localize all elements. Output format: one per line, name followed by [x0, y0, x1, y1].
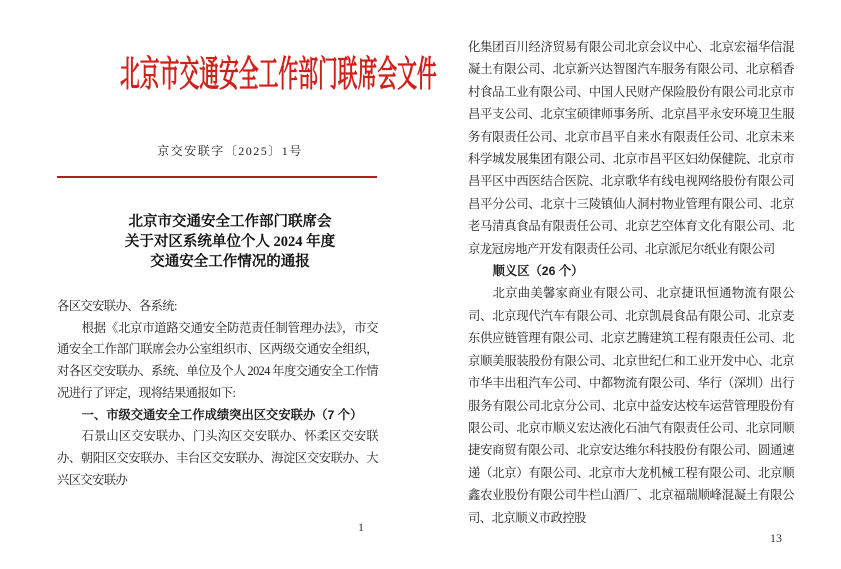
notice-title-line-1: 北京市交通安全工作部门联席会: [30, 212, 430, 232]
district-list: 北京曲美馨家商业有限公司、北京捷讯恒通物流有限公司、北京现代汽车有限公司、北京凯…: [468, 282, 794, 528]
document-page-left: 北京市交通安全工作部门联席会文件 京交安联字〔2025〕1号 北京市交通安全工作…: [30, 0, 430, 569]
document-page-right: 化集团百川经济贸易有限公司北京会议中心、北京宏福华信混凝土有限公司、北京新兴达智…: [450, 0, 841, 569]
section-heading: 一、市级交通安全工作成绩突出区交安联办（7 个）: [57, 405, 378, 427]
continuation-paragraph: 化集团百川经济贸易有限公司北京会议中心、北京宏福华信混凝土有限公司、北京新兴达智…: [468, 36, 794, 260]
salutation: 各区交安联办、各系统:: [57, 296, 378, 318]
intro-paragraph: 根据《北京市道路交通安全防范责任制管理办法》，市交通安全工作部门联席会办公室组织…: [57, 318, 378, 405]
right-page-body: 化集团百川经济贸易有限公司北京会议中心、北京宏福华信混凝土有限公司、北京新兴达智…: [468, 36, 794, 529]
masthead-title: 北京市交通安全工作部门联席会文件: [120, 54, 340, 94]
page-number-right: 13: [770, 531, 782, 546]
section-list: 石景山区交安联办、门头沟区交安联办、怀柔区交安联办、朝阳区交安联办、丰台区交安联…: [57, 426, 378, 491]
left-page-body: 各区交安联办、各系统: 根据《北京市道路交通安全防范责任制管理办法》，市交通安全…: [57, 296, 378, 491]
page-number-left: 1: [358, 520, 364, 535]
notice-title: 北京市交通安全工作部门联席会 关于对区系统单位个人 2024 年度 交通安全工作…: [30, 212, 430, 272]
district-heading: 顺义区（26 个）: [468, 260, 794, 282]
red-divider-rule: [57, 176, 377, 178]
doc-number: 京交安联字〔2025〕1号: [30, 142, 430, 159]
notice-title-line-2: 关于对区系统单位个人 2024 年度: [30, 232, 430, 252]
notice-title-line-3: 交通安全工作情况的通报: [30, 252, 430, 272]
